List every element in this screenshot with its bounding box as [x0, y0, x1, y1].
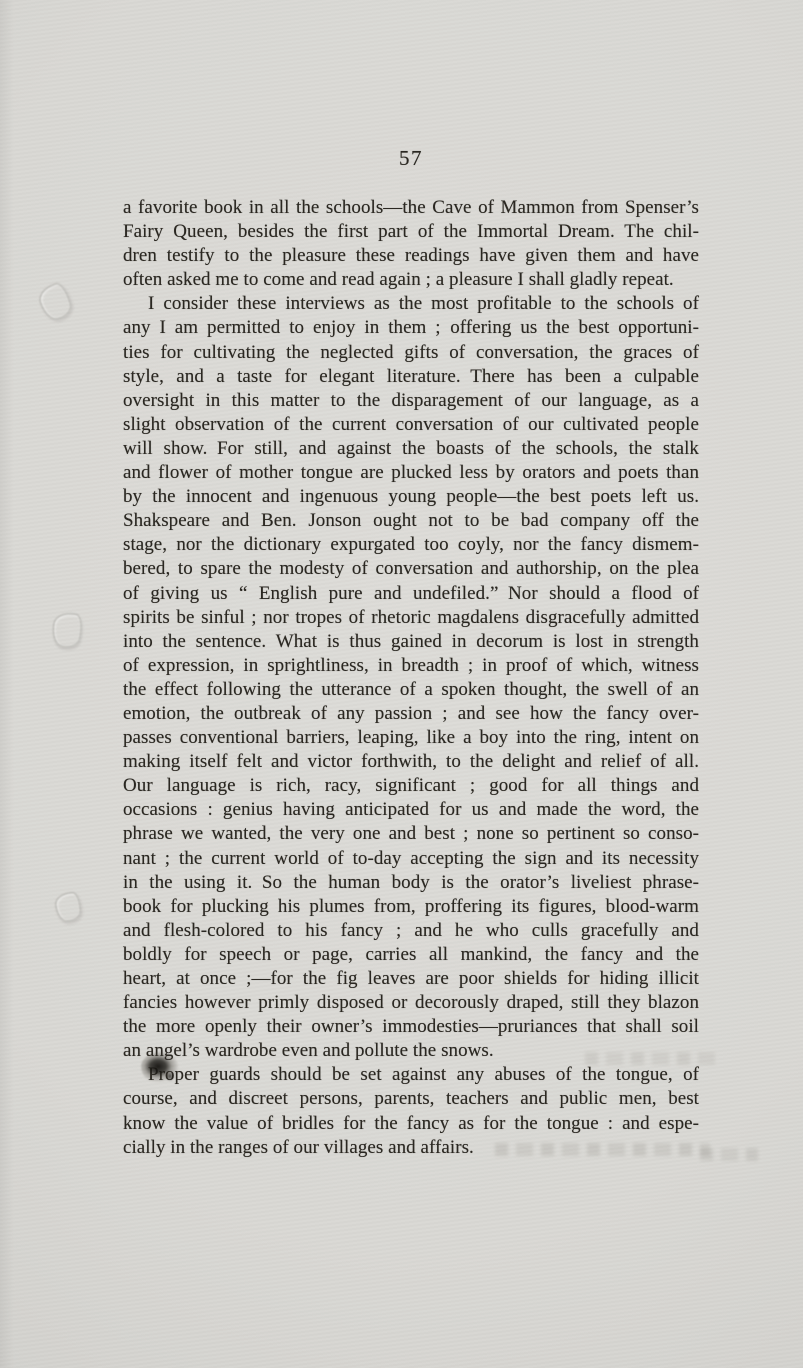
text-line: of expression, in sprightliness, in brea…: [123, 654, 699, 678]
text-line: Our language is rich, racy, significant …: [123, 774, 699, 798]
text-line: in the using it. So the human body is th…: [123, 871, 699, 895]
text-line: know the value of bridles for the fancy …: [123, 1112, 699, 1136]
page-number: 57: [123, 146, 699, 171]
paper-crease-mark: [49, 610, 85, 651]
text-line: heart, at once ;—for the fig leaves are …: [123, 967, 699, 991]
text-line: phrase we wanted, the very one and best …: [123, 822, 699, 846]
text-line: a favorite book in all the schools—the C…: [123, 196, 699, 220]
show-through-mark: [495, 1143, 710, 1156]
text-line: oversight in this matter to the disparag…: [123, 389, 699, 413]
show-through-mark: [585, 1052, 715, 1065]
text-line: Shakspeare and Ben. Jonson ought not to …: [123, 509, 699, 533]
text-line: occasions : genius having anticipated fo…: [123, 798, 699, 822]
show-through-mark: [700, 1148, 758, 1161]
text-line: often asked me to come and read again ; …: [123, 268, 699, 292]
text-line: making itself felt and victor forthwith,…: [123, 750, 699, 774]
text-line: and flesh-colored to his fancy ; and he …: [123, 919, 699, 943]
paper-crease-mark: [54, 891, 83, 923]
text-line: into the sentence. What is thus gained i…: [123, 630, 699, 654]
text-line: bered, to spare the modesty of conversat…: [123, 557, 699, 581]
text-line: boldly for speech or page, carries all m…: [123, 943, 699, 967]
text-line: dren testify to the pleasure these readi…: [123, 244, 699, 268]
text-line: passes conventional barriers, leaping, l…: [123, 726, 699, 750]
text-line: will show. For still, and against the bo…: [123, 437, 699, 461]
text-line: emotion, the outbreak of any passion ; a…: [123, 702, 699, 726]
text-line: Proper guards should be set against any …: [123, 1063, 699, 1087]
text-line: of giving us “ English pure and undefile…: [123, 582, 699, 606]
text-line: nant ; the current world of to-day accep…: [123, 847, 699, 871]
book-page: 57 a favorite book in all the schools—th…: [0, 0, 803, 1368]
text-line: stage, nor the dictionary expurgated too…: [123, 533, 699, 557]
text-line: ties for cultivating the neglected gifts…: [123, 341, 699, 365]
text-line: style, and a taste for elegant literatur…: [123, 365, 699, 389]
text-line: book for plucking his plumes from, proff…: [123, 895, 699, 919]
text-line: spirits be sinful ; nor tropes of rhetor…: [123, 606, 699, 630]
text-line: the effect following the utterance of a …: [123, 678, 699, 702]
text-line: any I am permitted to enjoy in them ; of…: [123, 316, 699, 340]
text-line: by the innocent and ingenuous young peop…: [123, 485, 699, 509]
text-line: course, and discreet persons, parents, t…: [123, 1087, 699, 1111]
text-line: the more openly their owner’s immodestie…: [123, 1015, 699, 1039]
text-line: I consider these interviews as the most …: [123, 292, 699, 316]
text-line: and flower of mother tongue are plucked …: [123, 461, 699, 485]
text-line: Fairy Queen, besides the first part of t…: [123, 220, 699, 244]
text-line: slight observation of the current conver…: [123, 413, 699, 437]
paper-crease-mark: [35, 280, 75, 324]
text-column: a favorite book in all the schools—the C…: [123, 196, 699, 1160]
text-line: fancies however primly disposed or decor…: [123, 991, 699, 1015]
ink-blot: [141, 1052, 179, 1084]
